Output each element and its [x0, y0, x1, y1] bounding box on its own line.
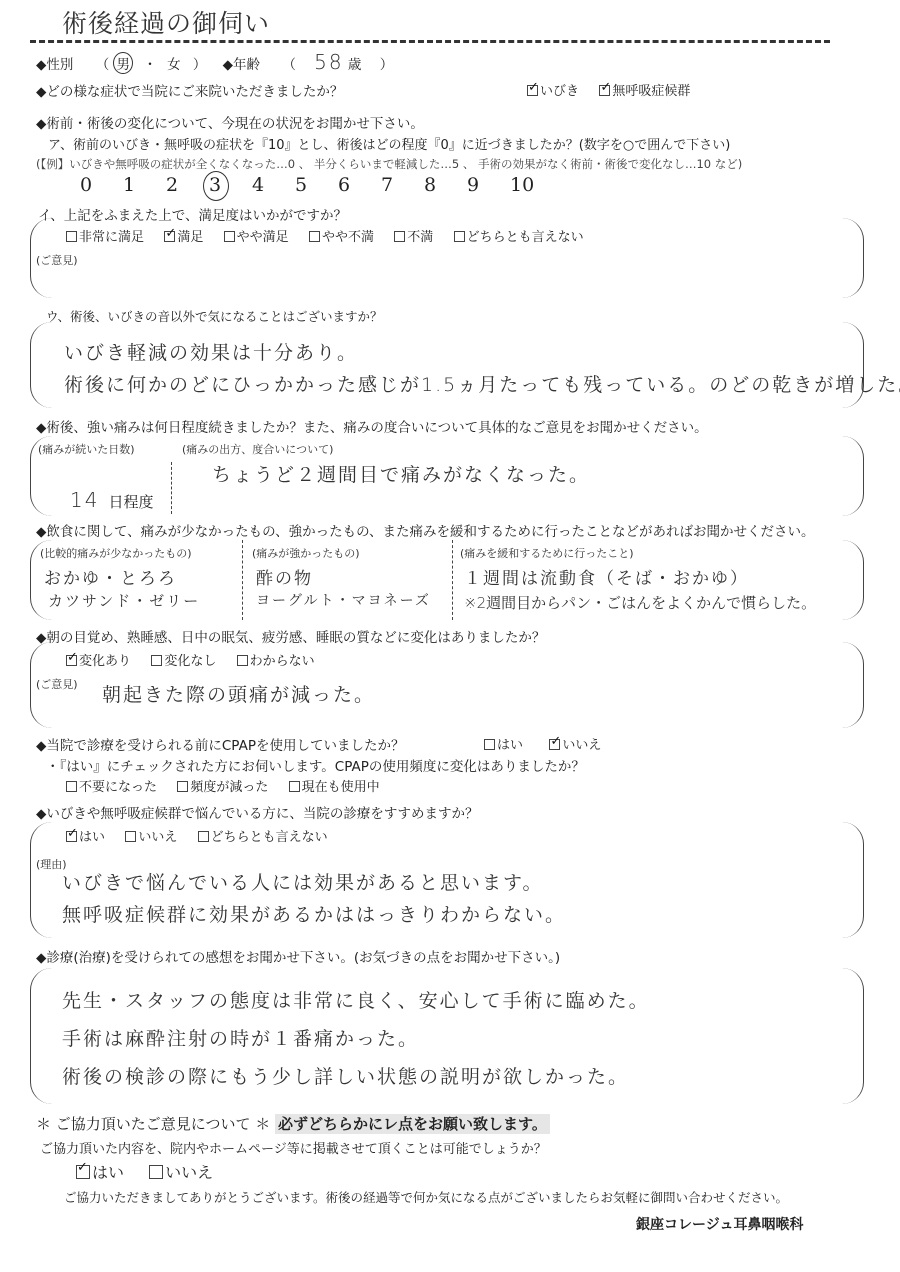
checkbox-icon[interactable] [309, 231, 320, 242]
symptoms-question: ◆どの様な症状で当院にご来院いただきましたか？ [36, 80, 343, 100]
recommend-options: はい いいえ どちらとも言えない [66, 826, 344, 845]
food-question: ◆飲食に関して、痛みが少なかったもの、強かったもの、また痛みを緩和するために行っ… [36, 520, 815, 540]
recommend-no[interactable]: いいえ [125, 826, 177, 845]
sleep-no-change[interactable]: 変化なし [151, 650, 216, 669]
recommend-reason-line2: 無呼吸症候群に効果があるかははっきりわからない。 [62, 900, 566, 927]
checkbox-checked-icon[interactable] [164, 231, 175, 242]
gender-age-row: ◆性別 （ 男 ・ 女 ） ◆年齢 （ 58 歳 ） [36, 50, 393, 74]
food-less-label: (比較的痛みが少なかったもの) [40, 545, 192, 561]
recommend-question: ◆いびきや無呼吸症候群で悩んでいる方に、当院の診療をすすめますか？ [36, 802, 479, 822]
checkbox-icon[interactable] [177, 781, 188, 792]
checkbox-checked-icon[interactable] [599, 85, 610, 96]
food-divider-2 [452, 540, 453, 620]
pain-days-value[interactable]: 14 [70, 488, 99, 512]
checkbox-icon[interactable] [454, 231, 465, 242]
scale-0[interactable]: 0 [80, 174, 123, 196]
sat-somewhat-satisfied[interactable]: やや満足 [224, 226, 289, 245]
pain-days-label: (痛みが続いた日数) [38, 441, 135, 457]
satisfaction-comment-label: (ご意見) [36, 252, 78, 268]
sleep-unknown[interactable]: わからない [237, 650, 315, 669]
food-strong-line1: 酢の物 [256, 564, 313, 589]
concerns-answer-line1: いびき軽減の効果は十分あり。 [64, 338, 358, 365]
food-strong-label: (痛みが強かったもの) [252, 545, 360, 561]
gender-option-male[interactable]: 男 [113, 52, 133, 74]
food-relief-label: (痛みを緩和するために行ったこと) [460, 545, 634, 561]
change-example: (【例】いびきや無呼吸の症状が全くなくなった…0 、 半分くらいまで軽減した…5… [36, 156, 742, 172]
sat-very-satisfied[interactable]: 非常に満足 [66, 226, 144, 245]
checkbox-icon[interactable] [289, 781, 300, 792]
checkbox-checked-icon[interactable] [549, 739, 560, 750]
symptoms-options: いびき 無呼吸症候群 [527, 80, 706, 99]
scale-7[interactable]: 7 [381, 174, 424, 196]
checkbox-checked-icon[interactable] [76, 1165, 90, 1179]
checkbox-icon[interactable] [125, 831, 136, 842]
checkbox-icon[interactable] [224, 231, 235, 242]
checkbox-icon[interactable] [66, 231, 77, 242]
cpap-yes[interactable]: はい [484, 734, 523, 753]
scale-1[interactable]: 1 [123, 174, 166, 196]
checkbox-icon[interactable] [394, 231, 405, 242]
sat-satisfied[interactable]: 満足 [164, 226, 203, 245]
form-title: 術後経過の御伺い [62, 4, 270, 40]
consent-heading: ＊ ご協力頂いたご意見について ＊ [36, 1115, 270, 1133]
consent-options: はい いいえ [76, 1160, 213, 1183]
checkbox-checked-icon[interactable] [527, 85, 538, 96]
satisfaction-options: 非常に満足 満足 やや満足 やや不満 不満 どちらとも言えない [66, 226, 600, 245]
checkbox-icon[interactable] [198, 831, 209, 842]
impression-line2: 手術は麻酔注射の時が１番痛かった。 [62, 1024, 419, 1051]
sat-dissatisfied[interactable]: 不満 [394, 226, 433, 245]
sleep-options: 変化あり 変化なし わからない [66, 650, 331, 669]
concerns-answer-line2: 術後に何かのどにひっかかった感じが1.5ヵ月たっても残っている。のどの乾きが増し… [64, 370, 900, 397]
recommend-neither[interactable]: どちらとも言えない [198, 826, 328, 845]
sleep-comment-label: (ご意見) [36, 676, 78, 692]
food-less-line2: カツサンド・ゼリー [48, 590, 200, 611]
food-relief-line1: １週間は流動食（そば・おかゆ） [464, 564, 749, 589]
age-label: ◆年齢 [223, 57, 260, 73]
recommend-reason-line1: いびきで悩んでいる人には効果があると思います。 [62, 868, 543, 895]
cpap-not-needed[interactable]: 不要になった [66, 776, 157, 795]
pain-days-unit: 日程度 [109, 493, 154, 511]
pain-degree-label: (痛みの出方、度合いについて) [182, 441, 333, 457]
pain-days: 14 日程度 [70, 488, 154, 512]
scale-3-selected[interactable]: 3 [209, 174, 252, 196]
scale-4[interactable]: 4 [252, 174, 295, 196]
pain-divider [171, 462, 172, 514]
cpap-question: ◆当院で診療を受けられる前にCPAPを使用していましたか？ [36, 734, 404, 754]
scale-6[interactable]: 6 [338, 174, 381, 196]
sat-somewhat-dissatisfied[interactable]: やや不満 [309, 226, 374, 245]
impression-question: ◆診療(治療)を受けられての感想をお聞かせ下さい。(お気づきの点をお聞かせ下さい… [36, 946, 560, 966]
cpap-no[interactable]: いいえ [549, 734, 601, 753]
cpap-options: はい いいえ [484, 734, 617, 753]
age-value[interactable]: 58 [314, 50, 343, 74]
thanks-message: ご協力いただきましてありがとうございます。術後の経過等で何か気になる点がございま… [64, 1188, 788, 1206]
checkbox-icon[interactable] [151, 655, 162, 666]
title-divider [30, 40, 830, 43]
consent-question: ご協力頂いた内容を、院内やホームページ等に掲載させて頂くことは可能でしょうか？ [40, 1138, 547, 1157]
symptom-snoring[interactable]: いびき [527, 80, 579, 99]
checkbox-checked-icon[interactable] [66, 831, 77, 842]
impression-line3: 術後の検診の際にもう少し詳しい状態の説明が欲しかった。 [62, 1062, 629, 1089]
consent-heading-row: ＊ ご協力頂いたご意見について ＊ 必ずどちらかにレ点をお願い致します。 [36, 1113, 550, 1134]
checkbox-icon[interactable] [484, 739, 495, 750]
cpap-follow-up: ・『はい』にチェックされた方にお伺いします。CPAPの使用頻度に変化はありました… [46, 755, 585, 775]
food-relief-line2: ※2週間目からパン・ごはんをよくかんで慣らした。 [464, 592, 816, 613]
change-sub-a: ア、術前のいびき・無呼吸の症状を『10』とし、術後はどの程度『0』に近づきました… [48, 134, 730, 153]
scale-8[interactable]: 8 [424, 174, 467, 196]
consent-highlight: 必ずどちらかにレ点をお願い致します。 [275, 1114, 550, 1134]
change-question: ◆術前・術後の変化について、今現在の状況をお聞かせ下さい。 [36, 112, 424, 132]
impression-line1: 先生・スタッフの態度は非常に良く、安心して手術に臨めた。 [62, 986, 650, 1013]
sleep-comment: 朝起きた際の頭痛が減った。 [102, 680, 375, 707]
food-divider-1 [242, 540, 243, 620]
consent-no[interactable]: いいえ [149, 1163, 213, 1182]
severity-scale: 012345678910 [80, 174, 553, 196]
scale-5[interactable]: 5 [295, 174, 338, 196]
sat-neither[interactable]: どちらとも言えない [454, 226, 584, 245]
food-less-line1: おかゆ・とろろ [44, 564, 177, 589]
gender-label: ◆性別 [36, 57, 73, 73]
checkbox-icon[interactable] [237, 655, 248, 666]
age-unit: 歳 [348, 57, 362, 73]
food-strong-line2: ヨーグルト・マヨネーズ [256, 590, 431, 610]
checkbox-icon[interactable] [149, 1165, 163, 1179]
scale-10[interactable]: 10 [510, 174, 553, 196]
scale-9[interactable]: 9 [467, 174, 510, 196]
consent-yes[interactable]: はい [76, 1163, 124, 1182]
checkbox-icon[interactable] [66, 781, 77, 792]
gender-option-female[interactable]: 女 [167, 57, 181, 73]
cpap-follow-options: 不要になった 頻度が減った 現在も使用中 [66, 776, 396, 795]
cpap-still-using[interactable]: 現在も使用中 [289, 776, 380, 795]
pain-degree-answer: ちょうど２週間目で痛みがなくなった。 [212, 460, 590, 487]
symptom-apnea[interactable]: 無呼吸症候群 [599, 80, 690, 99]
checkbox-checked-icon[interactable] [66, 655, 77, 666]
cpap-reduced[interactable]: 頻度が減った [177, 776, 268, 795]
pain-question: ◆術後、強い痛みは何日程度続きましたか？また、痛みの度合いについて具体的なご意見… [36, 416, 708, 436]
sleep-changed[interactable]: 変化あり [66, 650, 131, 669]
recommend-yes[interactable]: はい [66, 826, 105, 845]
clinic-name: 銀座コレージュ耳鼻咽喉科 [636, 1214, 803, 1234]
